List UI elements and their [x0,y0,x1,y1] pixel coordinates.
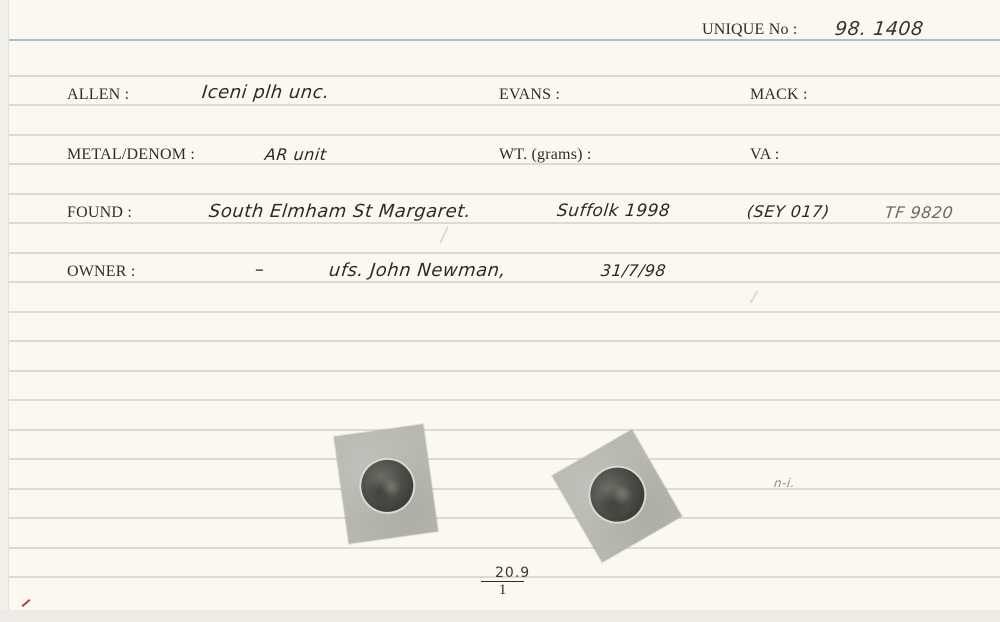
ruled-line [9,458,1000,460]
pencil-smudge [439,226,448,243]
owner-label: OWNER : [67,263,136,281]
scale-numerator: 20.9 [481,565,534,581]
unique-no-value: 98. 1408 [834,18,925,40]
coin-reverse-photo [552,430,682,563]
ruled-line [9,488,1000,490]
ruled-line [9,134,1000,136]
ruled-line [9,429,1000,431]
ruled-line [9,252,1000,254]
allen-value: Iceni plh unc. [201,82,331,103]
weight-label: WT. (grams) : [499,146,592,164]
ruled-line [9,104,1000,106]
coin-obverse [358,456,417,515]
ruled-line [9,281,1000,283]
ruled-line [9,75,1000,77]
ruled-line [9,547,1000,549]
metal-denom-value: AR unit [264,145,328,164]
record-card: UNIQUE No : 98. 1408 ALLEN : Iceni plh u… [8,0,1000,610]
pencil-annotation: n-i. [773,476,796,490]
unique-no-label: UNIQUE No : [702,21,798,39]
ruled-line [9,370,1000,372]
found-county-year: Suffolk 1998 [556,201,671,221]
red-tick-mark [22,599,31,607]
ruled-line [9,517,1000,519]
found-grid-ref: TF 9820 [884,203,954,222]
coin-obverse-photo [334,424,438,543]
ruled-line [9,311,1000,313]
scale-denominator: 1 [481,582,534,599]
coin-reverse [580,458,654,532]
ruled-line [9,193,1000,195]
evans-label: EVANS : [499,86,560,104]
metal-denom-label: METAL/DENOM : [67,146,195,164]
ruled-line [9,340,1000,342]
owner-date: 31/7/98 [600,261,667,280]
scale-fraction: 20.9 1 [481,565,534,599]
owner-value: ufs. John Newman, [328,260,507,281]
found-site-code: (SEY 017) [746,202,831,221]
ruled-line [9,222,1000,224]
found-label: FOUND : [67,204,132,222]
mack-label: MACK : [750,86,808,104]
va-label: VA : [750,146,779,164]
owner-dash: – [254,259,266,280]
allen-label: ALLEN : [67,86,129,104]
ruled-line [9,399,1000,401]
pencil-smudge [750,290,759,303]
scan-bottom-edge [0,610,1000,622]
found-place: South Elmham St Margaret. [208,201,472,222]
